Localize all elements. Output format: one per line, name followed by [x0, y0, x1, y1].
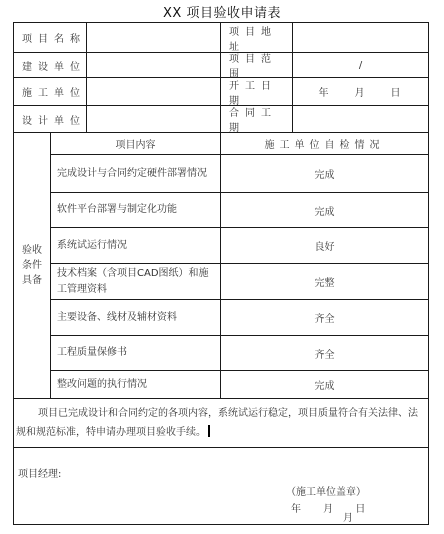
text-cursor [208, 425, 210, 437]
status-technical-archive[interactable]: 完整 [221, 264, 428, 299]
status-trial-run[interactable]: 良好 [221, 228, 428, 263]
item-rectification: 整改问题的执行情况 [51, 371, 220, 398]
status-hardware-deployment[interactable]: 完成 [221, 155, 428, 192]
field-project-scope[interactable]: / [293, 53, 428, 77]
divider [13, 447, 429, 448]
label-contract-period: 合同工期 [221, 106, 292, 132]
border-right [428, 22, 429, 525]
header-item-content: 项目内容 [51, 133, 220, 154]
statement-content: 项目已完成设计和合同约定的各项内容，系统试运行稳定，项目质量符合有关法律、法规和… [16, 408, 418, 438]
status-equipment-materials[interactable]: 齐全 [221, 300, 428, 335]
label-project-name: 项目名称 [14, 23, 86, 52]
item-technical-archive: 技术档案（含项目CAD图纸）和施工管理资料 [51, 264, 220, 299]
header-self-check: 施工单位自检情况 [221, 133, 428, 154]
field-project-address[interactable] [293, 23, 428, 52]
label-contractor: 施工单位 [14, 78, 86, 105]
statement-text[interactable]: 项目已完成设计和合同约定的各项内容，系统试运行稳定，项目质量符合有关法律、法规和… [16, 404, 426, 442]
status-rectification[interactable]: 完成 [221, 371, 428, 398]
stray-char: 月 [343, 509, 353, 524]
item-hardware-deployment: 完成设计与合同约定硬件部署情况 [51, 155, 220, 192]
item-software-platform: 软件平台部署与制定化功能 [51, 193, 220, 227]
field-contract-period[interactable] [293, 106, 428, 132]
field-construction-owner[interactable] [87, 53, 220, 77]
item-warranty: 工程质量保修书 [51, 336, 220, 370]
label-project-address: 项目地址 [221, 23, 292, 52]
border-bottom [13, 524, 429, 525]
project-manager-label: 项目经理: [18, 465, 61, 480]
status-warranty[interactable]: 齐全 [221, 336, 428, 370]
form-title: XX 项目验收申请表 [0, 2, 444, 21]
item-trial-run: 系统试运行情况 [51, 228, 220, 263]
label-project-scope: 项目范围 [221, 53, 292, 77]
divider [13, 398, 429, 399]
field-start-date[interactable]: 年 月 日 [293, 78, 428, 105]
status-software-platform[interactable]: 完成 [221, 193, 428, 227]
field-contractor[interactable] [87, 78, 220, 105]
acceptance-section-label: 验收 条件 具备 [14, 133, 50, 398]
field-design-unit[interactable] [87, 106, 220, 132]
item-equipment-materials: 主要设备、线材及辅材资料 [51, 300, 220, 335]
signature-date[interactable]: 年 月 日 [291, 500, 368, 515]
seal-label: （施工单位盖章） [286, 483, 366, 498]
label-construction-owner: 建设单位 [14, 53, 86, 77]
label-start-date: 开工日期 [221, 78, 292, 105]
label-design-unit: 设计单位 [14, 106, 86, 132]
field-project-name[interactable] [87, 23, 220, 52]
